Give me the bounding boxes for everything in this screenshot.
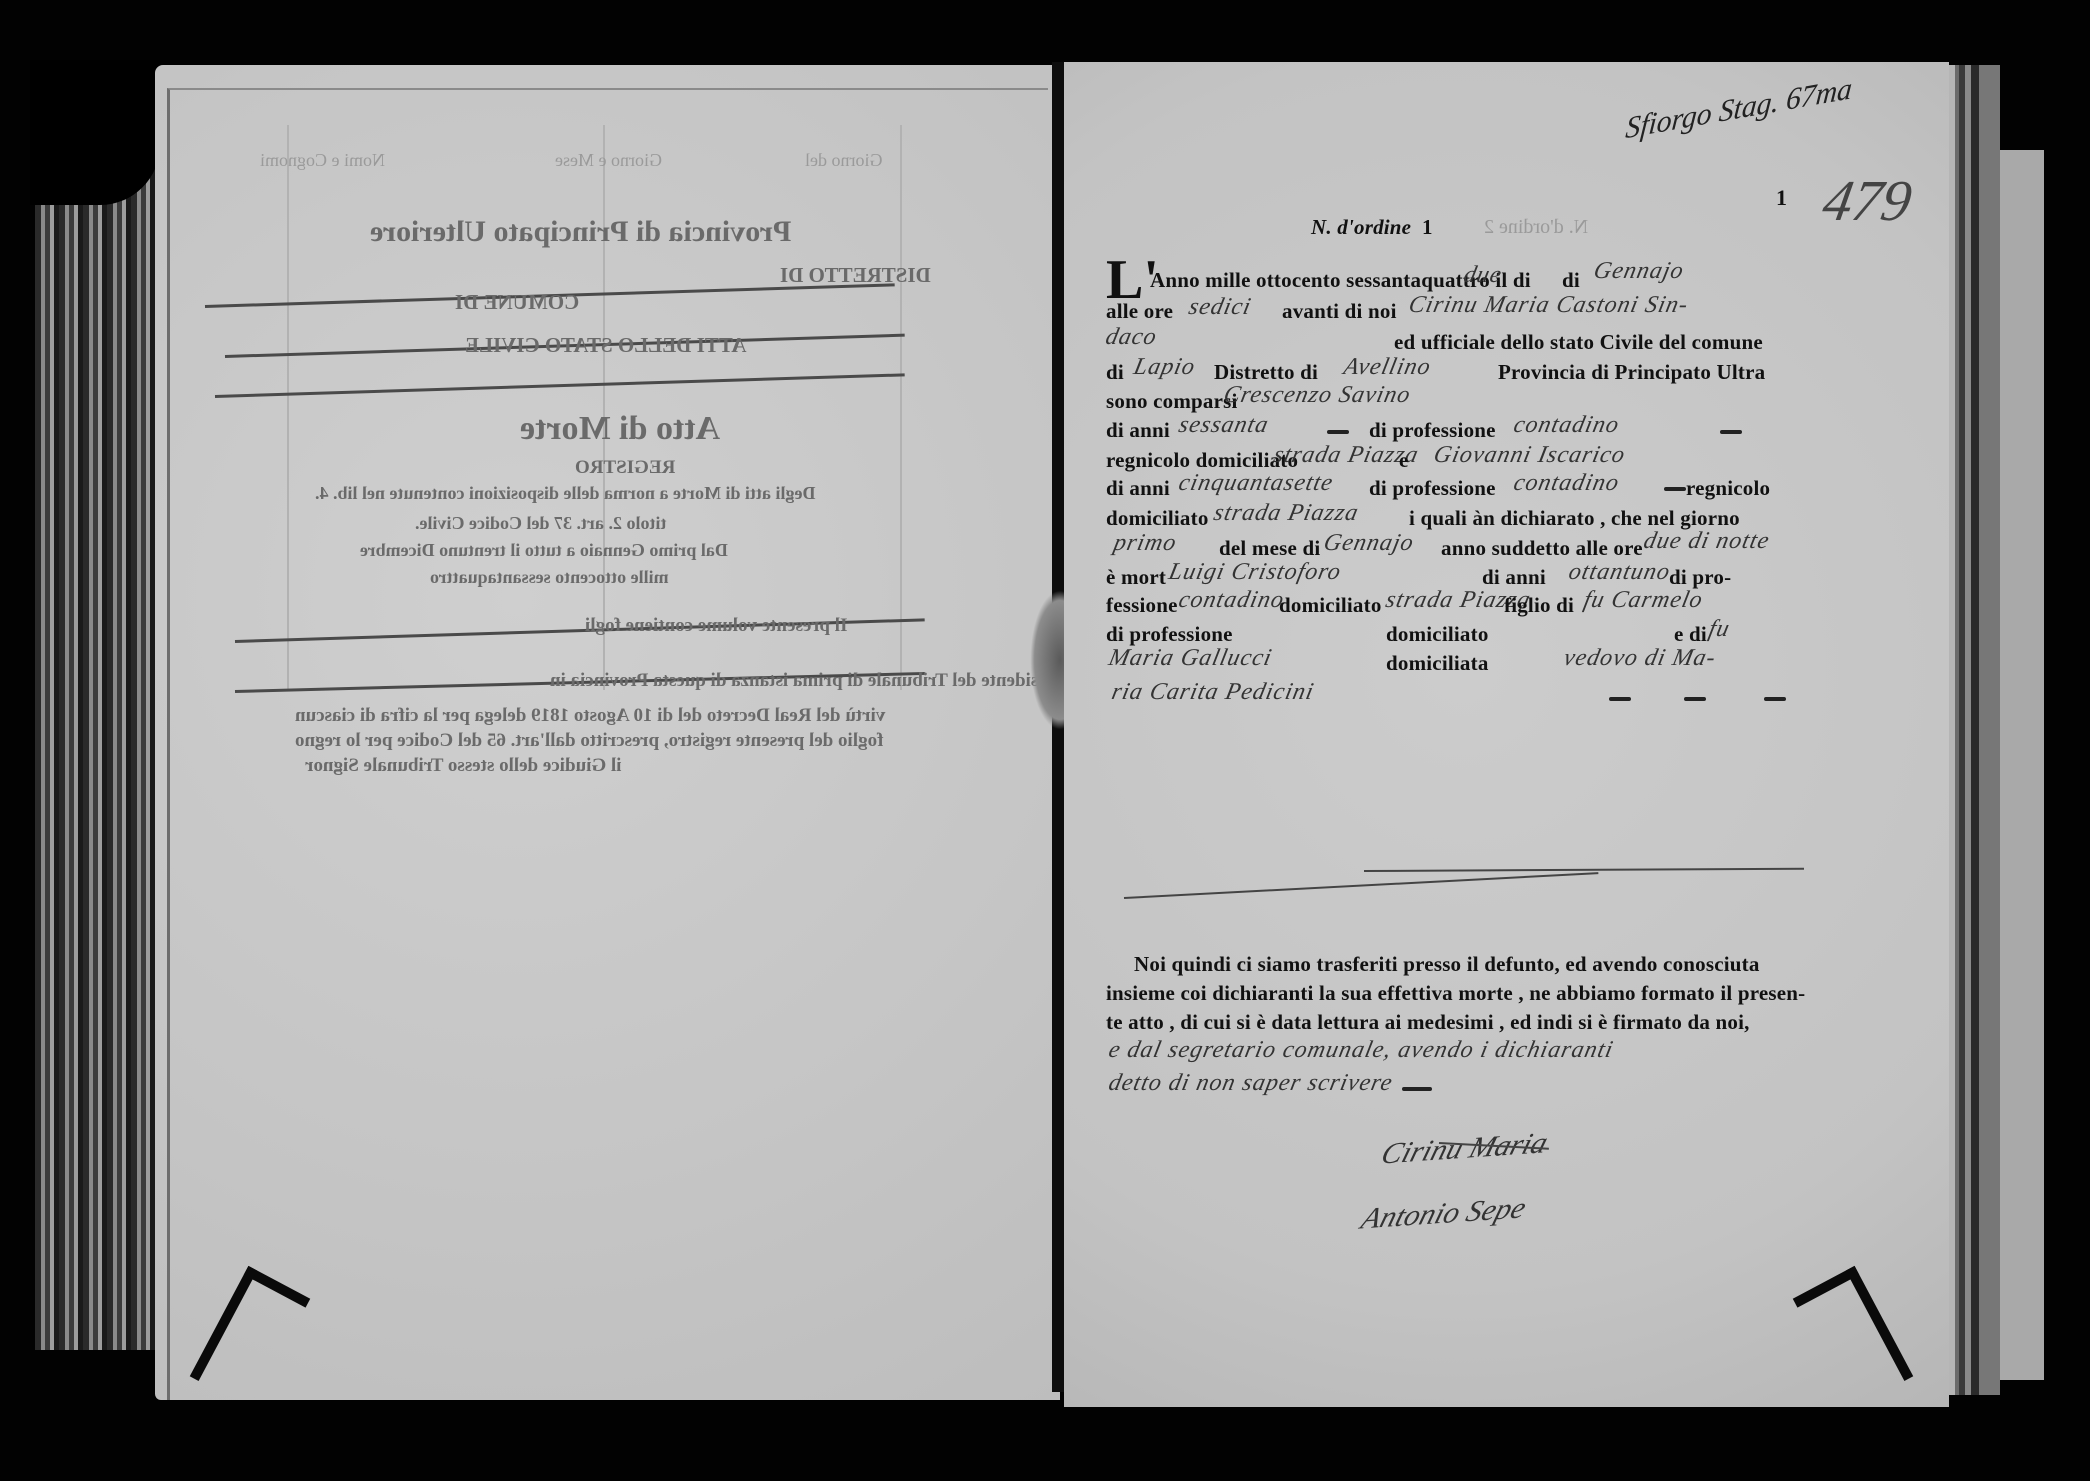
printed-text: domiciliato [1279,593,1382,618]
printed-text: di anni [1106,476,1170,501]
closing-handwritten: detto di non saper scrivere [1106,1070,1395,1097]
signature-official: Cirinu Maria [1377,1126,1552,1171]
printed-text: e di [1674,622,1707,647]
handwritten-spouse: vedovo di Ma- [1561,645,1718,672]
order-number: 1 [1422,215,1433,240]
scanned-register-spread: Nomi e Cognomi Giorno e Mese Giorno del … [0,0,2090,1481]
printed-text: e [1399,448,1409,473]
printed-text: domiciliato [1386,622,1489,647]
handwritten-official: Cirinu Maria Castoni Sin- [1406,292,1691,319]
page-edges-left [35,120,160,1350]
printed-text: alle ore [1106,299,1173,324]
handwritten-hour: due di notte [1641,528,1772,555]
printed-text: sono comparsi [1106,389,1238,414]
closing-handwritten: e dal segretario comunale, avendo i dich… [1106,1037,1616,1064]
filler-dash [1764,697,1786,701]
desc-line: Dal primo Gennaio a tutto il trentuno Di… [360,540,728,561]
page-edges-right [1945,65,2000,1395]
filler-dash [1664,487,1686,491]
printed-text: è mort [1106,565,1166,590]
section-title: ATTI DELLO STATO CIVILE [465,333,746,358]
filler-dash [1609,697,1631,701]
handwritten-age: cinquantasette [1176,470,1336,497]
header-col-3: Giorno del [805,150,882,171]
handwritten-day: primo [1111,530,1179,557]
printed-text: ed ufficiale dello stato Civile del comu… [1394,330,1763,355]
desc-line: mille ottocento sessantaquattro [430,567,669,588]
desc-line: Degli atti di Morte a norma delle dispos… [315,483,815,504]
presidente-line: foglio del presente registro, prescritto… [295,730,883,752]
closing-line-stroke [1364,868,1804,872]
top-annotation: Sfiorgo Stag. 67ma [1624,72,1853,147]
desc-line: titolo 2. art. 37 del Codice Civile. [415,513,666,534]
presidente-line: Il Presidente del Tribunale di prima ist… [550,670,1084,692]
printed-text: di professione [1106,622,1233,647]
filler-dash [1327,430,1349,434]
handwritten-father: fu Carmelo [1581,587,1705,614]
handwritten-age: sessanta [1176,412,1271,439]
column-line [900,125,902,690]
page-marker: 1 [1776,185,1787,211]
printed-text: di [1106,360,1124,385]
filler-dash [1402,1087,1432,1091]
handwritten-profession: contadino [1176,587,1287,614]
presidente-line: virtù del Real Decreto del di 10 Agosto … [295,705,885,727]
handwritten-mother: Maria Gallucci [1106,645,1274,672]
volume-line: Il presente volume contiene fogli [585,615,847,637]
printed-text: figlio di [1504,593,1574,618]
printed-text: di professione [1369,476,1496,501]
left-page: Nomi e Cognomi Giorno e Mese Giorno del … [155,65,1060,1400]
closing-line: te atto , di cui si è data lettura ai me… [1106,1010,1750,1035]
printed-text: di [1562,268,1580,293]
closing-line-stroke [1124,872,1598,899]
shadow-top-left [30,60,160,205]
register-subtitle: REGISTRO [575,457,675,479]
filler-dash [1684,697,1706,701]
order-label: N. d'ordine [1311,215,1411,240]
handwritten-hour: sedici [1186,294,1254,321]
signature-secretary: Antonio Sepe [1357,1191,1530,1236]
printed-text: domiciliato [1106,506,1209,531]
folio-number: 479 [1818,167,1917,234]
handwritten-day: due [1461,262,1504,289]
filler-dash [1720,430,1742,434]
province-heading: Provincia di Principato Ulteriore [370,215,791,249]
handwritten-distretto: Avellino [1341,354,1433,381]
printed-text: di professione [1369,418,1496,443]
handwritten-month: Gennajo [1321,530,1416,557]
handwritten-deceased-name: Luigi Cristoforo [1166,559,1344,586]
printed-text: domiciliata [1386,651,1489,676]
handwritten-spouse-cont: ria Carita Pedicini [1109,679,1316,706]
handwritten-profession: contadino [1511,470,1622,497]
column-line [287,125,289,690]
handwritten-comune: Lapio [1131,354,1198,381]
closing-line: Noi quindi ci siamo trasferiti presso il… [1134,952,1760,977]
handwritten-text: fu [1706,616,1732,643]
comune-label: COMUNE DI [455,290,579,315]
printed-text: avanti di noi [1282,299,1397,324]
printed-text: di anni [1106,418,1170,443]
printed-text: Provincia di Principato Ultra [1498,360,1765,385]
printed-text: regnicolo [1686,476,1770,501]
column-line [603,125,605,690]
right-page: Sfiorgo Stag. 67ma 1 479 N. d'ordine 1 N… [1064,62,1949,1407]
presidente-line: il Giudice dello stesso Tribunale Signor [305,755,622,777]
handwritten-text: daco [1103,324,1159,351]
register-title: Atto di Morte [520,410,720,448]
printed-text: anno suddetto alle ore [1441,536,1643,561]
handwritten-declarant-1: Crescenzo Savino [1221,382,1413,409]
handwritten-residence: strada Piazza [1211,500,1361,527]
handwritten-month: Gennajo [1591,258,1686,285]
printed-text: fessione [1106,593,1178,618]
handwritten-declarant-2: Giovanni Iscarico [1431,442,1628,469]
printed-text: del mese di [1219,536,1320,561]
handwritten-age: ottantuno [1566,559,1673,586]
header-col-2: Giorno e Mese [555,150,662,171]
closing-line: insieme coi dichiaranti la sua effettiva… [1106,981,1805,1006]
ghost-order: N. d'ordine 2 [1484,216,1588,239]
header-col-1: Nomi e Cognomi [260,150,385,171]
handwritten-profession: contadino [1511,412,1622,439]
